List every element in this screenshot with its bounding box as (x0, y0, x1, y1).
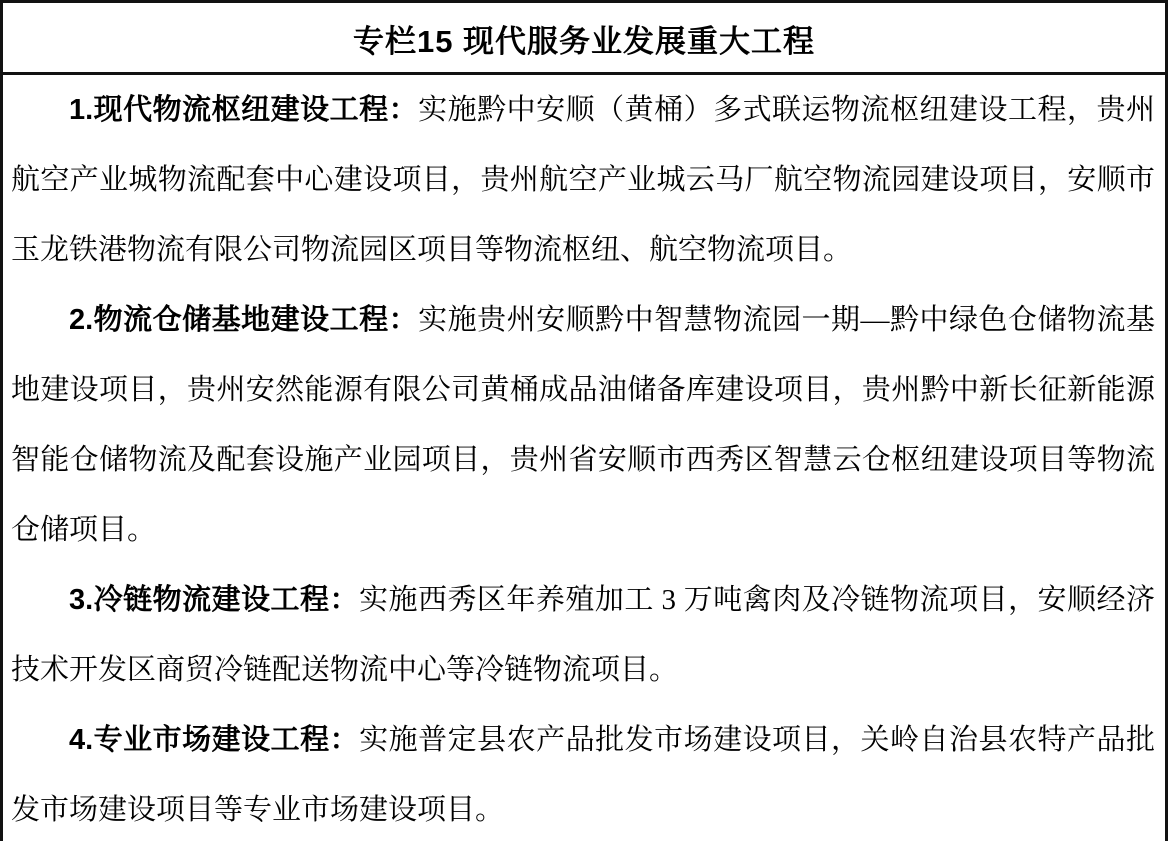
document-box: 专栏15 现代服务业发展重大工程 1.现代物流枢纽建设工程：实施黔中安顺（黄桶）… (0, 0, 1168, 841)
paragraph-1: 1.现代物流枢纽建设工程：实施黔中安顺（黄桶）多式联运物流枢纽建设工程，贵州航空… (11, 75, 1155, 285)
box-title: 专栏15 现代服务业发展重大工程 (3, 3, 1165, 75)
paragraph-2-heading: 2.物流仓储基地建设工程： (69, 304, 418, 336)
paragraph-1-heading: 1.现代物流枢纽建设工程： (69, 94, 418, 126)
paragraph-2-body: 实施贵州安顺黔中智慧物流园一期—黔中绿色仓储物流基地建设项目，贵州安然能源有限公… (11, 304, 1155, 546)
paragraph-3: 3.冷链物流建设工程：实施西秀区年养殖加工 3 万吨禽肉及冷链物流项目，安顺经济… (11, 565, 1155, 705)
page: 专栏15 现代服务业发展重大工程 1.现代物流枢纽建设工程：实施黔中安顺（黄桶）… (0, 0, 1168, 841)
paragraph-4: 4.专业市场建设工程：实施普定县农产品批发市场建设项目，关岭自治县农特产品批发市… (11, 705, 1155, 841)
paragraph-3-heading: 3.冷链物流建设工程： (69, 584, 359, 616)
paragraph-4-heading: 4.专业市场建设工程： (69, 724, 359, 756)
paragraph-2: 2.物流仓储基地建设工程：实施贵州安顺黔中智慧物流园一期—黔中绿色仓储物流基地建… (11, 285, 1155, 565)
box-body: 1.现代物流枢纽建设工程：实施黔中安顺（黄桶）多式联运物流枢纽建设工程，贵州航空… (3, 75, 1165, 841)
